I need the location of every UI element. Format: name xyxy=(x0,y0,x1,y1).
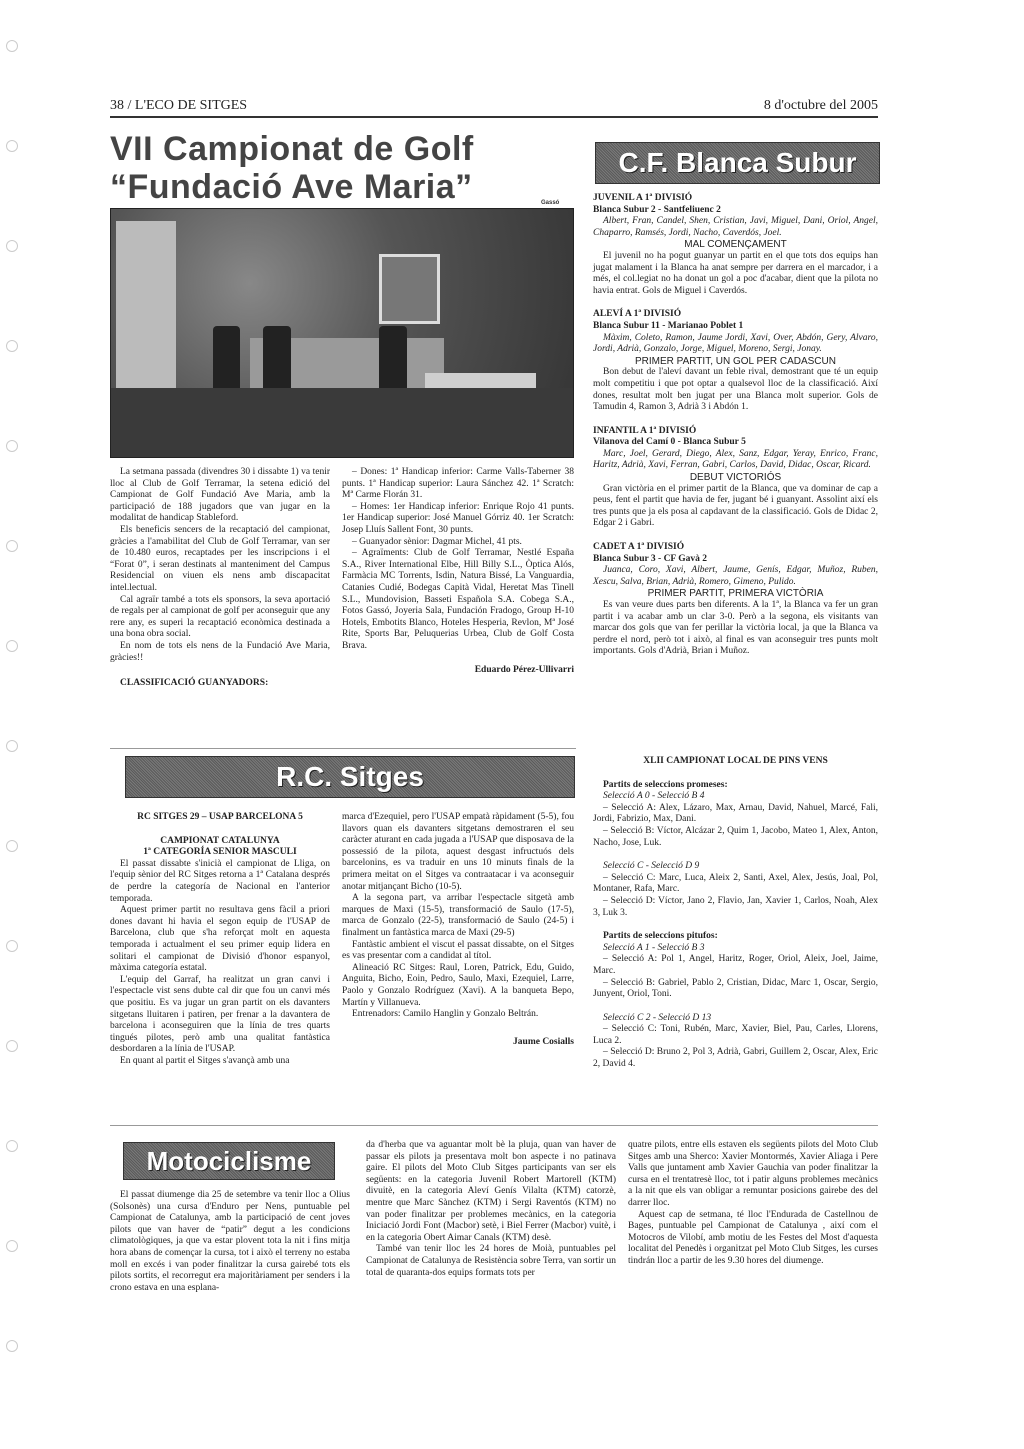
paragraph: marca d'Ezequiel, pero l'USAP empatà ràp… xyxy=(342,812,574,893)
paragraph: En nom de tots els nens de la Fundació A… xyxy=(110,641,330,664)
binder-hole xyxy=(6,40,18,52)
moto-column-3: quatre pilots, entre ells estaven els se… xyxy=(628,1140,878,1268)
match-headline: DEBUT VICTORIÓS xyxy=(593,472,878,484)
category-heading: CADET A 1ª DIVISIÓ xyxy=(593,542,878,554)
paragraph: També van tenir lloc les 24 hores de Moi… xyxy=(366,1244,616,1279)
paragraph: Fantàstic ambient el viscut el passat di… xyxy=(342,940,574,963)
match-result: Blanca Subur 11 - Marianao Poblet 1 xyxy=(593,321,878,333)
golf-column-1: La setmana passada (divendres 30 i dissa… xyxy=(110,467,330,690)
match-report: El juvenil no ha pogut guanyar un partit… xyxy=(593,251,878,297)
rc-sitges-column-1: RC SITGES 29 – USAP BARCELONA 5 CAMPIONA… xyxy=(110,812,330,1067)
binder-hole xyxy=(6,340,18,352)
paragraph: L'equip del Garraf, ha realitzat un gran… xyxy=(110,975,330,1056)
binder-hole xyxy=(6,1040,18,1052)
article-author: Eduardo Pérez-Ullivarri xyxy=(342,665,574,677)
paragraph: La setmana passada (divendres 30 i dissa… xyxy=(110,467,330,525)
blanca-section-juvenil: JUVENIL A 1ª DIVISIÓ Blanca Subur 2 - Sa… xyxy=(593,193,878,297)
match-score: Selecció A 1 - Selecció B 3 xyxy=(593,943,878,955)
binder-hole xyxy=(6,440,18,452)
golf-title-line-1: VII Campionat de Golf xyxy=(110,130,474,168)
acknowledgements: – Agraïments: Club de Golf Terramar, Nes… xyxy=(342,548,574,652)
binder-hole xyxy=(6,140,18,152)
binder-hole xyxy=(6,1240,18,1252)
player-list: Marc, Joel, Gerard, Diego, Alex, Sanz, E… xyxy=(593,449,878,472)
category-heading: INFANTIL A 1ª DIVISIÓ xyxy=(593,426,878,438)
match-score: Selecció C 2 - Selecció D 13 xyxy=(593,1013,878,1025)
lineup: – Selecció C: Toni, Rubén, Marc, Xavier,… xyxy=(593,1024,878,1047)
lineup: – Selecció A: Alex, Lázaro, Max, Arnau, … xyxy=(593,803,878,826)
lineup: – Selecció D: Víctor, Jano 2, Flavio, Ja… xyxy=(593,896,878,919)
issue-date: 8 d'octubre del 2005 xyxy=(764,98,878,114)
article-author: Jaume Cosialls xyxy=(342,1037,574,1049)
player-list: Juanca, Coro, Xavi, Albert, Jaume, Genís… xyxy=(593,565,878,588)
section-divider xyxy=(110,748,576,749)
paragraph: El passat dissabte s'inicià el campionat… xyxy=(110,859,330,905)
pitufos-group: Partits de seleccions pitufos: Selecció … xyxy=(593,931,878,1071)
promeses-group: Partits de seleccions promeses: Selecció… xyxy=(593,780,878,920)
rc-sitges-banner: R.C. Sitges xyxy=(125,756,575,798)
paragraph: Aquest primer partit no resultava gens f… xyxy=(110,905,330,975)
section-divider xyxy=(110,1125,878,1126)
pins-vens-title: XLII CAMPIONAT LOCAL DE PINS VENS xyxy=(593,756,878,768)
lineup: – Selecció C: Marc, Luca, Aleix 2, Santi… xyxy=(593,873,878,896)
winners-men: – Homes: 1er Handicap inferior: Enrique … xyxy=(342,502,574,537)
photo-credit: Gassó xyxy=(541,200,559,206)
golf-title-line-2: “Fundació Ave Maria” xyxy=(110,168,474,206)
match-result: Blanca Subur 2 - Santfeliuenc 2 xyxy=(593,205,878,217)
group-label: Partits de seleccions promeses: xyxy=(593,780,878,792)
paragraph: En quant al partit el Sitges s'avançà am… xyxy=(110,1056,330,1068)
moto-column-2: da d'herba que va aguantar molt bè la pl… xyxy=(366,1140,616,1279)
competition-heading: CAMPIONAT CATALUNYA xyxy=(110,836,330,848)
page-header: 38 / L'ECO DE SITGES 8 d'octubre del 200… xyxy=(110,98,878,118)
paragraph: Cal agraïr també a tots els sponsors, la… xyxy=(110,595,330,641)
lineup: – Selecció D: Bruno 2, Pol 3, Adrià, Gab… xyxy=(593,1047,878,1070)
binder-hole xyxy=(6,540,18,552)
binder-hole xyxy=(6,1340,18,1352)
binder-hole xyxy=(6,640,18,652)
golf-column-2: – Dones: 1ª Handicap inferior: Carme Val… xyxy=(342,467,574,676)
rc-sitges-column-2: marca d'Ezequiel, pero l'USAP empatà ràp… xyxy=(342,812,574,1048)
paragraph: Aquest cap de setmana, té lloc l'Endurad… xyxy=(628,1210,878,1268)
category-heading: JUVENIL A 1ª DIVISIÓ xyxy=(593,193,878,205)
lineup: – Selecció B: Gabriel, Pablo 2, Cristian… xyxy=(593,978,878,1001)
photo-floor xyxy=(111,388,573,457)
match-headline: MAL COMENÇAMENT xyxy=(593,239,878,251)
paragraph: Els beneficis sencers de la recaptació d… xyxy=(110,525,330,595)
binder-hole xyxy=(6,240,18,252)
paragraph: El passat diumenge dia 25 de setembre va… xyxy=(110,1190,350,1294)
match-result: Blanca Subur 3 - CF Gavà 2 xyxy=(593,554,878,566)
binder-hole xyxy=(6,940,18,952)
moto-column-1: El passat diumenge dia 25 de setembre va… xyxy=(110,1190,350,1294)
golf-article-title: VII Campionat de Golf “Fundació Ave Mari… xyxy=(110,130,474,206)
player-list: Albert, Fran, Candel, Shen, Cristian, Ja… xyxy=(593,216,878,239)
match-score: Selecció C - Selecció D 9 xyxy=(593,861,878,873)
player-list: Màxim, Coleto, Ramon, Jaume Jordi, Xavi,… xyxy=(593,333,878,356)
classification-heading: CLASSIFICACIÓ GUANYADORS: xyxy=(110,678,330,690)
match-score: Selecció A 0 - Selecció B 4 xyxy=(593,791,878,803)
photo-framed-picture xyxy=(379,254,440,324)
match-headline: PRIMER PARTIT, UN GOL PER CADASCUN xyxy=(593,356,878,368)
paragraph: da d'herba que va aguantar molt bè la pl… xyxy=(366,1140,616,1244)
lineup: – Selecció A: Pol 1, Angel, Haritz, Roge… xyxy=(593,954,878,977)
match-report: Es van veure dues parts ben diferents. A… xyxy=(593,600,878,658)
binder-hole xyxy=(6,840,18,852)
match-report: Bon debut de l'aleví davant un feble riv… xyxy=(593,367,878,413)
coaches: Entrenadors: Camilo Hanglin y Gonzalo Be… xyxy=(342,1009,574,1021)
binder-hole xyxy=(6,1140,18,1152)
match-headline: PRIMER PARTIT, PRIMERA VICTÒRIA xyxy=(593,588,878,600)
category-heading: ALEVÍ A 1ª DIVISIÓ xyxy=(593,309,878,321)
binder-hole xyxy=(6,740,18,752)
blanca-section-alevi: ALEVÍ A 1ª DIVISIÓ Blanca Subur 11 - Mar… xyxy=(593,309,878,413)
binder-holes-margin xyxy=(0,0,30,1449)
match-result: RC SITGES 29 – USAP BARCELONA 5 xyxy=(110,812,330,824)
lineup: – Selecció B: Víctor, Alcázar 2, Quim 1,… xyxy=(593,826,878,849)
blanca-subur-column: JUVENIL A 1ª DIVISIÓ Blanca Subur 2 - Sa… xyxy=(593,193,878,658)
golf-prizes-photo xyxy=(110,208,574,458)
paragraph: A la segona part, va arribar l'espectacl… xyxy=(342,893,574,939)
match-result: Vilanova del Camí 0 - Blanca Subur 5 xyxy=(593,437,878,449)
winners-women: – Dones: 1ª Handicap inferior: Carme Val… xyxy=(342,467,574,502)
winner-senior: – Guanyador sènior: Dagmar Michel, 41 pt… xyxy=(342,537,574,549)
page-number-publication: 38 / L'ECO DE SITGES xyxy=(110,98,247,114)
motociclisme-banner: Motociclisme xyxy=(123,1142,335,1180)
blanca-section-infantil: INFANTIL A 1ª DIVISIÓ Vilanova del Camí … xyxy=(593,426,878,530)
paragraph: quatre pilots, entre ells estaven els se… xyxy=(628,1140,878,1210)
lineup: Alineació RC Sitges: Raul, Loren, Patric… xyxy=(342,963,574,1009)
group-label: Partits de seleccions pitufos: xyxy=(593,931,878,943)
blanca-subur-banner: C.F. Blanca Subur xyxy=(595,142,880,184)
pins-vens-column: XLII CAMPIONAT LOCAL DE PINS VENS Partit… xyxy=(593,756,878,1071)
match-report: Gran victòria en el primer partit de la … xyxy=(593,484,878,530)
category-heading: 1ª CATEGORÍA SENIOR MASCULI xyxy=(110,847,330,859)
blanca-section-cadet: CADET A 1ª DIVISIÓ Blanca Subur 3 - CF G… xyxy=(593,542,878,658)
